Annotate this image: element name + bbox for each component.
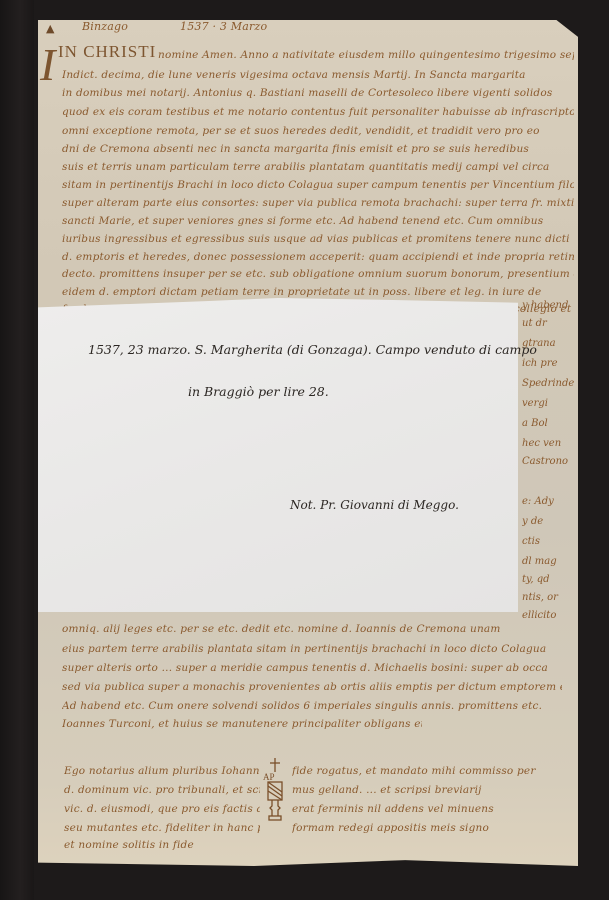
text-line: sitam in pertinentijs Brachi in loco dic… bbox=[62, 176, 574, 194]
margin-line: ich pre bbox=[522, 358, 574, 369]
text-line: sed via publica super a monachis proveni… bbox=[62, 678, 562, 696]
margin-line: a Bol bbox=[522, 418, 574, 429]
subscription-line-right: erat ferminis nil addens vel minuens bbox=[292, 800, 562, 818]
corner-mark: ▲ bbox=[46, 22, 55, 35]
subscription-line: vic. d. eiusmodi, que pro eis factis ant… bbox=[64, 800, 260, 818]
text-line: Ad habend etc. Cum onere solvendi solido… bbox=[62, 697, 562, 715]
subscription-line: seu mutantes etc. fideliter in hanc publ… bbox=[64, 819, 260, 837]
header-place: Binzago bbox=[82, 20, 128, 33]
text-line: quod ex eis coram testibus et me notario… bbox=[62, 103, 574, 121]
text-line: omniq. alij leges etc. per se etc. dedit… bbox=[62, 620, 562, 638]
text-line: Ioannes Turconi, et huius se manutenere … bbox=[62, 715, 422, 733]
text-line: d. emptoris et heredes, donec possession… bbox=[62, 248, 574, 266]
margin-line: y de bbox=[522, 516, 574, 527]
margin-line: ntis, or bbox=[522, 592, 574, 603]
note-signature: Not. Pr. Giovanni di Meggo. bbox=[290, 498, 459, 512]
svg-text:AP: AP bbox=[263, 772, 275, 782]
margin-line: e: Ady bbox=[522, 496, 574, 507]
text-line: omni exceptione remota, per se et suos h… bbox=[62, 122, 574, 140]
text-line: super alteram parte eius consortes: supe… bbox=[62, 194, 574, 212]
subscription-line: Ego notarius alium pluribus Iohannis de … bbox=[64, 762, 260, 780]
text-line: sancti Marie, et super veniores gnes si … bbox=[62, 212, 574, 230]
text-line: iuribus ingressibus et egressibus suis u… bbox=[62, 230, 574, 248]
dark-background-edge bbox=[0, 0, 34, 900]
subscription-line: et nomine solitis in fide bbox=[64, 836, 264, 854]
margin-line: hec ven bbox=[522, 438, 574, 449]
text-line: decto. promittens insuper per se etc. su… bbox=[62, 265, 574, 283]
margin-line: ut dr bbox=[522, 318, 574, 329]
margin-line: Spedrinde bbox=[522, 378, 574, 389]
subscription-line-right: formam redegi appositis meis signo bbox=[292, 819, 552, 837]
margin-line: ctis bbox=[522, 536, 574, 547]
subscription-line: d. dominum vic. pro tribunali, et scrips… bbox=[64, 781, 260, 799]
text-line: suis et terris unam particulam terre ara… bbox=[62, 158, 574, 176]
note-line-2: in Braggiò per lire 28. bbox=[188, 384, 329, 399]
margin-line: y habend bbox=[522, 300, 574, 311]
notary-signum-icon: AP bbox=[262, 756, 288, 826]
margin-line: vergi bbox=[522, 398, 574, 409]
header-date: 1537 · 3 Marzo bbox=[180, 20, 267, 33]
text-line: dni de Cremona absenti nec in sancta mar… bbox=[62, 140, 574, 158]
text-line: in domibus mei notarij. Antonius q. Bast… bbox=[62, 84, 574, 102]
margin-line: dl mag bbox=[522, 556, 574, 567]
margin-line: Castrono bbox=[522, 456, 574, 467]
subscription-line-right: fide rogatus, et mandato mihi commisso p… bbox=[292, 762, 562, 780]
text-line: super alteris orto ... super a meridie c… bbox=[62, 659, 562, 677]
subscription-line-right: mus gelland. ... et scripsi breviarij bbox=[292, 781, 562, 799]
margin-line: ty, qd bbox=[522, 574, 574, 585]
text-line: nomine Amen. Anno a nativitate eiusdem m… bbox=[158, 46, 574, 64]
note-line-1: 1537, 23 marzo. S. Margherita (di Gonzag… bbox=[88, 342, 537, 357]
text-line: Indict. decima, die lune veneris vigesim… bbox=[62, 66, 574, 84]
incipit: IN CHRISTI bbox=[58, 42, 156, 62]
text-line: eius partem terre arabilis plantata sita… bbox=[62, 640, 562, 658]
